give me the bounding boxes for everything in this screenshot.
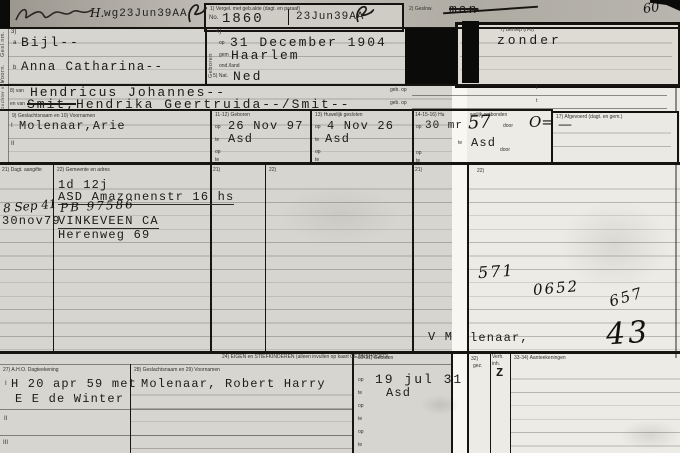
op-label: op bbox=[358, 429, 364, 435]
address-place-2: VINKEVEEN CA bbox=[58, 214, 159, 229]
field3-label: 3) bbox=[11, 29, 16, 35]
handwritten-number-1: 571 bbox=[477, 261, 515, 283]
op-label: op bbox=[416, 150, 422, 156]
border-line bbox=[310, 110, 312, 163]
border-line bbox=[0, 27, 680, 29]
col21b-header: 21) bbox=[213, 167, 220, 173]
typed-name-right: lenaar, bbox=[470, 331, 529, 345]
door-label: door bbox=[500, 147, 510, 153]
name-col-header: 28) Geslachtsnaam en 29) Voornamen bbox=[134, 367, 220, 373]
door-label: door bbox=[503, 123, 513, 129]
scanned-registration-card: H. wg23Jun39AA 1) Vergel. met geb.akte (… bbox=[0, 0, 680, 453]
geb-op-label: geb. op bbox=[390, 100, 407, 106]
te-label: te bbox=[215, 157, 219, 163]
op-label: op bbox=[215, 149, 221, 155]
border-line bbox=[210, 110, 212, 163]
geboren-col-header: 30-31) Geboren bbox=[358, 355, 393, 361]
aho-line-1: H 20 apr 59 met bbox=[11, 377, 137, 391]
row-a-label: a bbox=[13, 40, 16, 46]
field2-label: 2) Geslnw. bbox=[409, 6, 433, 12]
child-birth-date: 19 jul 31 bbox=[375, 372, 463, 387]
spouse-birth-place: Asd bbox=[228, 132, 253, 146]
spouse-geboren-header: 11-12) Geboren bbox=[215, 112, 250, 118]
handwritten-number-4: 43 bbox=[605, 315, 652, 353]
op-label: op bbox=[358, 377, 364, 383]
border-line bbox=[412, 165, 414, 352]
handwritten-dash: — bbox=[558, 117, 572, 133]
row-line bbox=[0, 435, 352, 436]
mother-struck-name: Smit, bbox=[27, 97, 76, 112]
scan-smudge bbox=[620, 420, 680, 450]
te-label: te bbox=[315, 137, 319, 143]
aho-line-2: E E de Winter bbox=[15, 392, 124, 406]
dissolved-date-typed: 30 mr bbox=[425, 120, 463, 132]
registration-date-2: 30nov79 bbox=[2, 214, 61, 228]
row-i-marker: I bbox=[11, 123, 13, 129]
firstnames-value: Anna Catharina-- bbox=[21, 60, 163, 74]
border-line bbox=[352, 352, 354, 453]
scan-corner-blob bbox=[0, 0, 10, 28]
border-line bbox=[451, 352, 453, 453]
envan-label: en van bbox=[10, 101, 25, 107]
border-line bbox=[412, 110, 414, 163]
child-row-i-marker: I bbox=[5, 381, 7, 387]
address-street-2: Herenweg 69 bbox=[58, 228, 150, 242]
birth-place-value: Haarlem bbox=[231, 48, 300, 63]
spouse-name: Molenaar,Arie bbox=[19, 119, 126, 133]
border-line bbox=[53, 165, 54, 352]
border-line bbox=[205, 28, 207, 84]
paraaf-icon bbox=[184, 0, 210, 26]
beroep-value: zonder bbox=[497, 33, 562, 48]
row-ii-marker: II bbox=[11, 141, 14, 147]
marriage-date: 4 Nov 26 bbox=[327, 119, 394, 133]
verh-label-a: Verh. bbox=[492, 354, 504, 360]
dissolved-place: Asd bbox=[471, 136, 496, 150]
scan-smudge bbox=[280, 185, 400, 245]
gutter-line bbox=[8, 29, 9, 163]
redaction-box bbox=[405, 28, 457, 84]
col32-label-a: 32) bbox=[471, 356, 478, 362]
nationality-value: Ned bbox=[233, 69, 262, 84]
marriage-place: Asd bbox=[325, 132, 350, 146]
marriage-header: 13) Huwelijk gesloten bbox=[315, 112, 363, 118]
handwritten-dissolved-year: 57 bbox=[467, 111, 491, 133]
aho-col-header: 27) A.H.O. Dagteekening bbox=[3, 367, 59, 373]
redaction-box bbox=[462, 21, 479, 83]
cell-lines bbox=[460, 30, 672, 80]
field4-label: 4) bbox=[216, 29, 221, 35]
child-row-iii-marker: III bbox=[3, 440, 8, 446]
mother-suffix: /Smit-- bbox=[282, 97, 351, 112]
notes-col-header: 33-34) Aanteekeningen bbox=[514, 355, 566, 361]
surname-vert-label: Gesl.nm. bbox=[0, 31, 6, 57]
parents-vert-label: Dochter van bbox=[0, 85, 5, 110]
handwritten-scribble-icon bbox=[12, 2, 100, 26]
border-line bbox=[468, 352, 469, 453]
row-line bbox=[0, 409, 352, 410]
van-label: 8) van bbox=[10, 88, 24, 94]
gem-label: gem bbox=[219, 52, 229, 58]
surname-value: Bijl-- bbox=[21, 35, 80, 50]
mother-name-row: Smit, Hendrika Geertruida-- /Smit-- bbox=[27, 97, 350, 112]
geb-op-label: geb. op bbox=[390, 87, 407, 93]
row-b-label: b bbox=[13, 65, 16, 71]
handwritten-initial: H. bbox=[90, 6, 104, 20]
col32-label-b: gez. bbox=[473, 363, 482, 369]
verh-value: Z bbox=[496, 366, 504, 380]
number-label: No. bbox=[209, 15, 218, 21]
geboren-vert-label: Geboren bbox=[208, 36, 214, 78]
op-label: op bbox=[315, 149, 321, 155]
op-label: op bbox=[358, 403, 364, 409]
spouse-birth-date: 26 Nov 97 bbox=[228, 119, 304, 133]
border-line bbox=[490, 352, 491, 453]
scan-smudge bbox=[420, 395, 460, 415]
spouse-vert-label bbox=[0, 115, 6, 161]
col22-header: 22) Gemeente en adres bbox=[57, 167, 110, 173]
child-row-ii-marker: II bbox=[4, 416, 7, 422]
dissolved-header-left: 14-15-16) Hu bbox=[415, 112, 444, 118]
te-label: te bbox=[358, 390, 362, 396]
op-label: op bbox=[416, 124, 422, 130]
border-line bbox=[0, 162, 680, 165]
te-label: te bbox=[458, 140, 462, 146]
cell-lines bbox=[130, 382, 352, 453]
col22c-header: 22) bbox=[477, 168, 484, 174]
col21-header: 21) Dagt. aangifte bbox=[2, 167, 42, 173]
paraaf-icon bbox=[352, 2, 378, 26]
col22b-header: 22) bbox=[269, 167, 276, 173]
te-label: te bbox=[215, 137, 219, 143]
border-line bbox=[265, 165, 266, 352]
border-line bbox=[0, 364, 452, 365]
typed-name-left: V M bbox=[428, 330, 453, 344]
border-line bbox=[510, 352, 511, 453]
te-label: te bbox=[358, 442, 362, 448]
handwritten-cause: O= bbox=[529, 113, 554, 131]
op-label: op bbox=[215, 124, 221, 130]
te-label: te bbox=[416, 158, 420, 164]
child-birth-place: Asd bbox=[386, 386, 411, 400]
t-label: t bbox=[536, 85, 537, 91]
fill-line bbox=[412, 95, 667, 96]
child-name: Molenaar, Robert Harry bbox=[141, 377, 326, 391]
te-label: te bbox=[315, 157, 319, 163]
op-label: op bbox=[219, 40, 225, 46]
t-label: t bbox=[536, 98, 537, 104]
col21c-header: 21) bbox=[415, 167, 422, 173]
field5-label: 5) Nat. bbox=[213, 73, 228, 79]
mother-name: Hendrika Geertruida-- bbox=[76, 97, 282, 112]
stamp-text: wg23Jun39AA bbox=[104, 8, 188, 20]
op-label: op bbox=[315, 124, 321, 130]
te-label: te bbox=[358, 416, 362, 422]
card-number: 1860 bbox=[222, 11, 264, 27]
